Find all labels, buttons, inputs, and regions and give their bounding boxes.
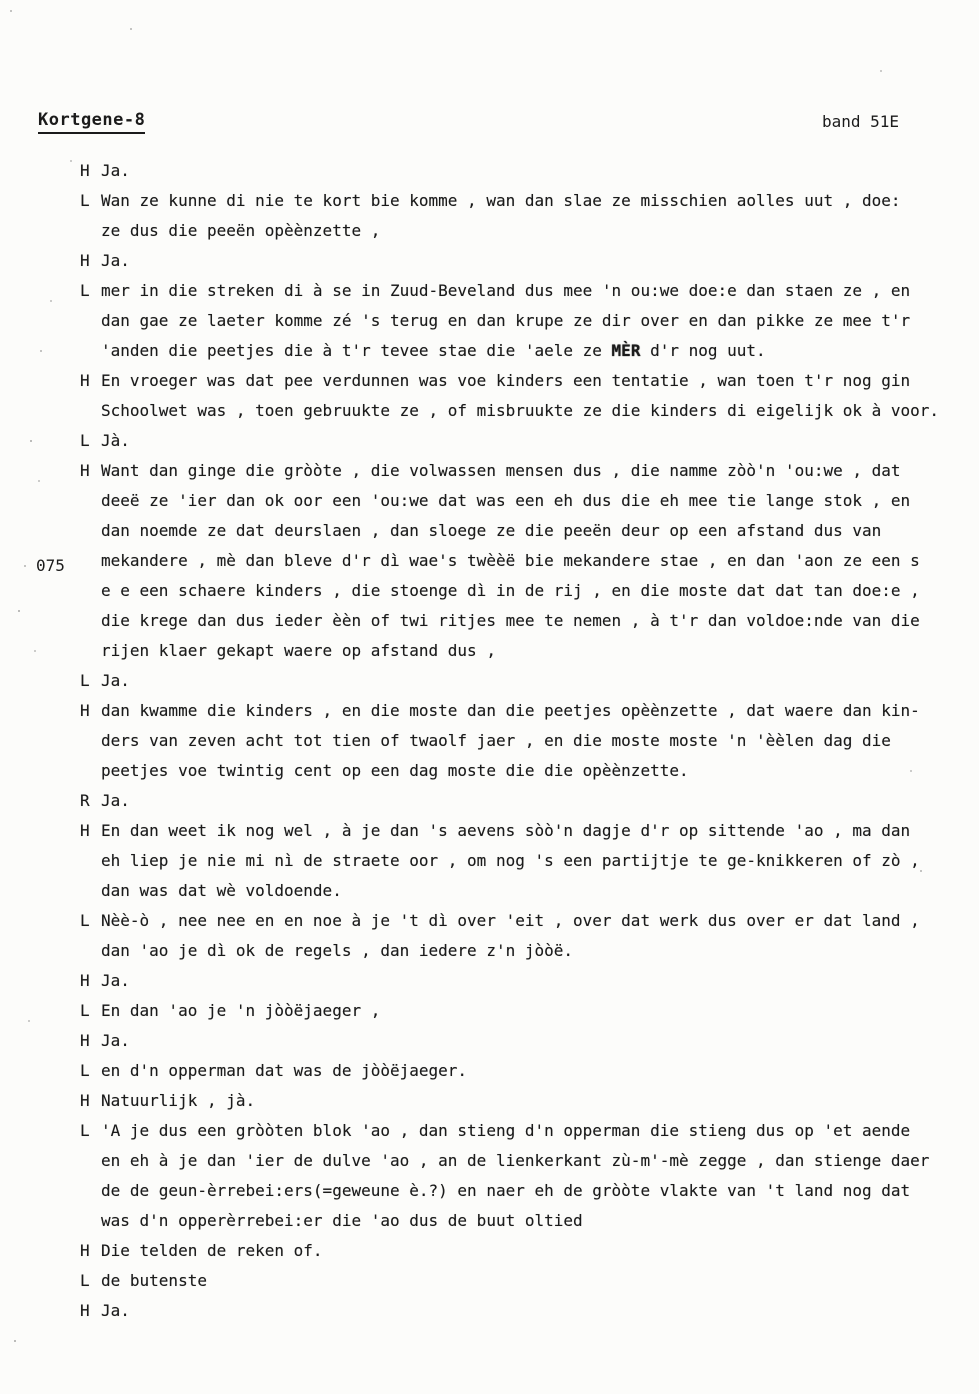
dialogue-line: Ja. — [101, 1026, 964, 1056]
tape-band-label: band 51E — [822, 112, 899, 131]
dialogue-line: dan gae ze laeter komme zé 's terug en d… — [101, 306, 964, 336]
dialogue-line: was d'n opperèrrebei:er die 'ao dus de b… — [101, 1206, 964, 1236]
dialogue-line: Jà. — [101, 426, 964, 456]
dialogue-line: Want dan ginge die gròòte , die volwasse… — [101, 456, 964, 486]
dialogue-paragraph: HJa. — [80, 156, 964, 186]
speaker-label: H — [80, 366, 101, 396]
dialogue-line: Ja. — [101, 1296, 964, 1326]
dialogue-line: die krege dan dus ieder èèn of twi ritje… — [101, 606, 964, 636]
page-title: Kortgene-8 — [38, 110, 145, 134]
dialogue-line: 'A je dus een gròòten blok 'ao , dan sti… — [101, 1116, 964, 1146]
speaker-label: L — [80, 1056, 101, 1086]
dialogue-line: dan noemde ze dat deurslaen , dan sloege… — [101, 516, 964, 546]
speaker-label: R — [80, 786, 101, 816]
dialogue: HJa.LWan ze kunne di nie te kort bie kom… — [80, 156, 964, 1326]
dialogue-paragraph: LWan ze kunne di nie te kort bie komme ,… — [80, 186, 964, 246]
speaker-label: L — [80, 666, 101, 696]
dialogue-line: en d'n opperman dat was de jòòëjaeger. — [101, 1056, 964, 1086]
speaker-label: H — [80, 816, 101, 846]
dialogue-paragraph: HJa. — [80, 1026, 964, 1056]
dialogue-paragraph: LJa. — [80, 666, 964, 696]
scanned-transcript-page: Kortgene-8 band 51E 075 HJa.LWan ze kunn… — [0, 0, 979, 1394]
dialogue-line: mekandere , mè dan bleve d'r dì wae's tw… — [101, 546, 964, 576]
dialogue-line: dan was dat wè voldoende. — [101, 876, 964, 906]
speaker-label: H — [80, 696, 101, 726]
dialogue-line: en eh à je dan 'ier de dulve 'ao , an de… — [101, 1146, 964, 1176]
speaker-label: H — [80, 1296, 101, 1326]
dialogue-paragraph: HDie telden de reken of. — [80, 1236, 964, 1266]
dialogue-line: Ja. — [101, 666, 964, 696]
speaker-label: L — [80, 276, 101, 306]
dialogue-paragraph: Len d'n opperman dat was de jòòëjaeger. — [80, 1056, 964, 1086]
speaker-label: H — [80, 1236, 101, 1266]
speaker-label: H — [80, 1026, 101, 1056]
scan-noise-specks — [10, 10, 12, 12]
tape-counter-margin-note: 075 — [36, 556, 65, 575]
dialogue-paragraph: HWant dan ginge die gròòte , die volwass… — [80, 456, 964, 666]
dialogue-line: rijen klaer gekapt waere op afstand dus … — [101, 636, 964, 666]
dialogue-paragraph: LNèè-ò , nee nee en en noe à je 't dì ov… — [80, 906, 964, 966]
dialogue-paragraph: HNatuurlijk , jà. — [80, 1086, 964, 1116]
dialogue-line: Ja. — [101, 156, 964, 186]
speaker-label: L — [80, 996, 101, 1026]
speaker-label: H — [80, 246, 101, 276]
dialogue-paragraph: HEn vroeger was dat pee verdunnen was vo… — [80, 366, 964, 426]
dialogue-line: de de geun-èrrebei:ers(=geweune è.?) en … — [101, 1176, 964, 1206]
dialogue-line: Wan ze kunne di nie te kort bie komme , … — [101, 186, 964, 216]
dialogue-paragraph: HJa. — [80, 1296, 964, 1326]
dialogue-line: Die telden de reken of. — [101, 1236, 964, 1266]
dialogue-paragraph: HJa. — [80, 246, 964, 276]
dialogue-line: En vroeger was dat pee verdunnen was voe… — [101, 366, 964, 396]
dialogue-line: En dan weet ik nog wel , à je dan 's aev… — [101, 816, 964, 846]
speaker-label: L — [80, 1266, 101, 1296]
dialogue-paragraph: LJà. — [80, 426, 964, 456]
speaker-label: L — [80, 186, 101, 216]
dialogue-line: eh liep je nie mi nì de straete oor , om… — [101, 846, 964, 876]
speaker-label: H — [80, 156, 101, 186]
dialogue-line: Schoolwet was , toen gebruukte ze , of m… — [101, 396, 964, 426]
dialogue-line: 'anden die peetjes die à t'r tevee stae … — [101, 336, 964, 366]
dialogue-paragraph: Lde butenste — [80, 1266, 964, 1296]
dialogue-paragraph: HEn dan weet ik nog wel , à je dan 's ae… — [80, 816, 964, 906]
dialogue-line: mer in die streken di à se in Zuud-Bevel… — [101, 276, 964, 306]
dialogue-line: peetjes voe twintig cent op een dag most… — [101, 756, 964, 786]
dialogue-line: dan kwamme die kinders , en die moste da… — [101, 696, 964, 726]
speaker-label: L — [80, 426, 101, 456]
dialogue-paragraph: HJa. — [80, 966, 964, 996]
speaker-label: L — [80, 1116, 101, 1146]
dialogue-line: En dan 'ao je 'n jòòëjaeger , — [101, 996, 964, 1026]
dialogue-line: Natuurlijk , jà. — [101, 1086, 964, 1116]
dialogue-paragraph: L'A je dus een gròòten blok 'ao , dan st… — [80, 1116, 964, 1236]
dialogue-line: Ja. — [101, 246, 964, 276]
dialogue-line: Ja. — [101, 786, 964, 816]
dialogue-line: de butenste — [101, 1266, 964, 1296]
dialogue-paragraph: Lmer in die streken di à se in Zuud-Beve… — [80, 276, 964, 366]
speaker-label: H — [80, 966, 101, 996]
dialogue-paragraph: RJa. — [80, 786, 964, 816]
dialogue-line: ders van zeven acht tot tien of twaolf j… — [101, 726, 964, 756]
speaker-label: H — [80, 1086, 101, 1116]
dialogue-line: e e een schaere kinders , die stoenge dì… — [101, 576, 964, 606]
speaker-label: L — [80, 906, 101, 936]
dialogue-line: dan 'ao je dì ok de regels , dan iedere … — [101, 936, 964, 966]
dialogue-line: deeë ze 'ier dan ok oor een 'ou:we dat w… — [101, 486, 964, 516]
dialogue-paragraph: LEn dan 'ao je 'n jòòëjaeger , — [80, 996, 964, 1026]
dialogue-paragraph: Hdan kwamme die kinders , en die moste d… — [80, 696, 964, 786]
dialogue-line: Nèè-ò , nee nee en en noe à je 't dì ove… — [101, 906, 964, 936]
speaker-label: H — [80, 456, 101, 486]
dialogue-line: ze dus die peeën opèènzette , — [101, 216, 964, 246]
dialogue-line: Ja. — [101, 966, 964, 996]
